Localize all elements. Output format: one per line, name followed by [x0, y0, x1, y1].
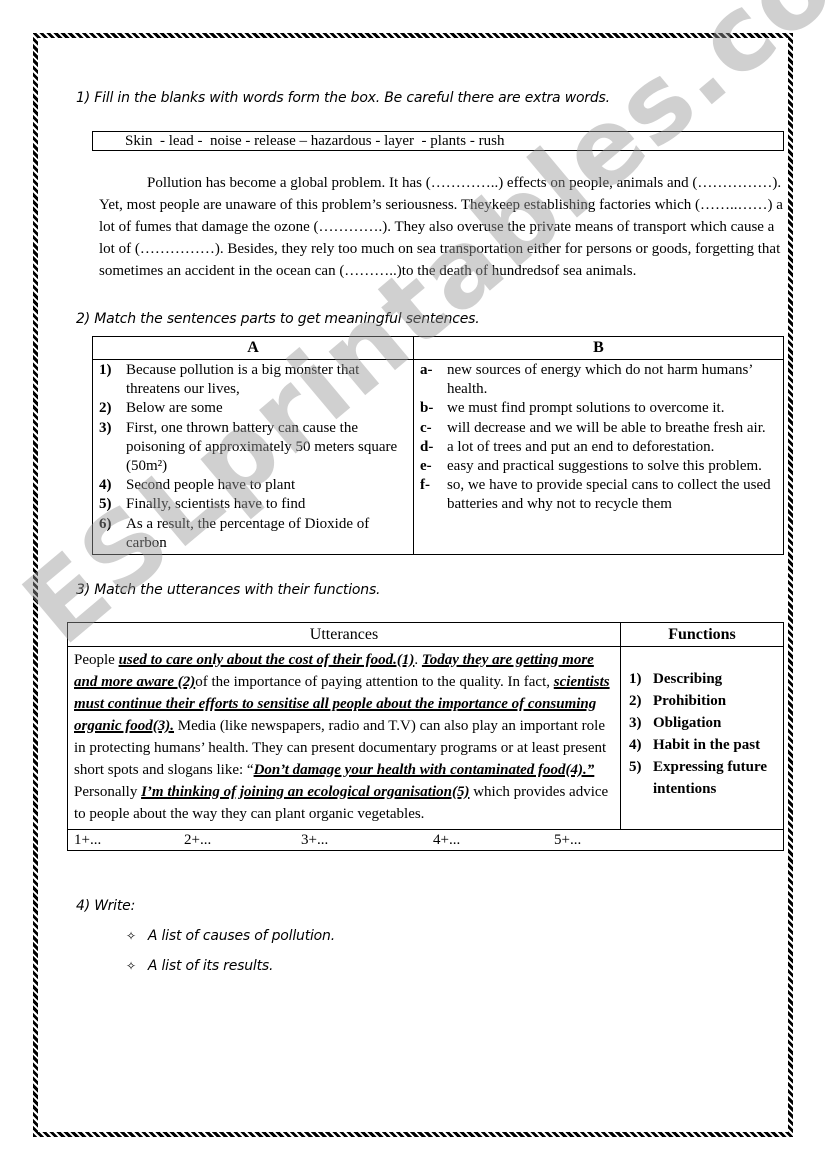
- diamond-bullet-icon: ✧: [126, 929, 136, 943]
- item-text: new sources of energy which do not harm …: [447, 361, 783, 399]
- function-number: 1): [629, 668, 653, 690]
- item-number: 5): [99, 495, 126, 514]
- functions-list: 1)Describing 2)Prohibition 3)Obligation …: [621, 647, 784, 830]
- section2-title: 2) Match the sentences parts to get mean…: [76, 311, 480, 327]
- function-item-1: 1)Describing: [629, 668, 783, 690]
- utterances-table: Utterances Functions People used to care…: [67, 622, 784, 851]
- list-item-a5: 5)Finally, scientists have to find: [99, 495, 413, 514]
- bullet-text: A list of causes of pollution.: [148, 928, 335, 944]
- function-text: Obligation: [653, 712, 721, 734]
- item-text: will decrease and we will be able to bre…: [447, 419, 766, 438]
- item-number: 4): [99, 476, 126, 495]
- text-part: Personally: [74, 784, 141, 800]
- utterance-4: Don’t damage your health with contaminat…: [254, 762, 595, 778]
- item-letter: e-: [420, 457, 447, 476]
- text-part: .: [414, 652, 422, 668]
- list-item-a3: 3)First, one thrown battery can cause th…: [99, 419, 413, 477]
- item-number: 6): [99, 515, 126, 553]
- list-item-b-e: e-easy and practical suggestions to solv…: [420, 457, 783, 476]
- function-item-4: 4)Habit in the past: [629, 734, 783, 756]
- function-number: 2): [629, 690, 653, 712]
- list-item-b-a: a-new sources of energy which do not har…: [420, 361, 783, 399]
- function-text: Expressing future intentions: [653, 756, 783, 800]
- column-a-header: A: [93, 337, 414, 360]
- utterances-text: People used to care only about the cost …: [68, 647, 621, 830]
- function-text: Prohibition: [653, 690, 726, 712]
- item-text: a lot of trees and put an end to defores…: [447, 438, 714, 457]
- function-number: 5): [629, 756, 653, 800]
- list-item-a6: 6)As a result, the percentage of Dioxide…: [99, 515, 413, 553]
- list-item-a1: 1)Because pollution is a big monster tha…: [99, 361, 413, 399]
- item-text: easy and practical suggestions to solve …: [447, 457, 762, 476]
- list-item-b-b: b-we must find prompt solutions to overc…: [420, 399, 783, 418]
- answer-5[interactable]: 5+...: [554, 830, 581, 850]
- function-text: Habit in the past: [653, 734, 760, 756]
- item-text: Because pollution is a big monster that …: [126, 361, 413, 399]
- item-letter: d-: [420, 438, 447, 457]
- item-letter: c-: [420, 419, 447, 438]
- utterances-header: Utterances: [68, 623, 621, 647]
- item-text: we must find prompt solutions to overcom…: [447, 399, 724, 418]
- bullet-text: A list of its results.: [148, 958, 273, 974]
- fill-in-passage: Pollution has become a global problem. I…: [99, 172, 783, 282]
- answer-1[interactable]: 1+...: [74, 830, 184, 850]
- item-number: 3): [99, 419, 126, 477]
- column-b-header: B: [414, 337, 784, 360]
- answer-3[interactable]: 3+...: [301, 830, 433, 850]
- item-text: Finally, scientists have to find: [126, 495, 305, 514]
- matching-table: A B 1)Because pollution is a big monster…: [92, 336, 784, 555]
- function-number: 3): [629, 712, 653, 734]
- list-item-b-d: d-a lot of trees and put an end to defor…: [420, 438, 783, 457]
- utterance-1: used to care only about the cost of thei…: [119, 652, 415, 668]
- item-letter: b-: [420, 399, 447, 418]
- function-item-3: 3)Obligation: [629, 712, 783, 734]
- item-text: so, we have to provide special cans to c…: [447, 476, 783, 514]
- item-number: 1): [99, 361, 126, 399]
- item-text: Below are some: [126, 399, 223, 418]
- item-text: First, one thrown battery can cause the …: [126, 419, 413, 477]
- list-item-a2: 2)Below are some: [99, 399, 413, 418]
- item-letter: f-: [420, 476, 447, 514]
- utterance-5: I’m thinking of joining an ecological or…: [141, 784, 469, 800]
- item-letter: a-: [420, 361, 447, 399]
- section3-title: 3) Match the utterances with their funct…: [76, 582, 380, 598]
- item-number: 2): [99, 399, 126, 418]
- item-text: Second people have to plant: [126, 476, 295, 495]
- list-item-a4: 4)Second people have to plant: [99, 476, 413, 495]
- word-box: Skin - lead - noise - release – hazardou…: [92, 131, 784, 151]
- bullet-item-1: ✧A list of causes of pollution.: [126, 928, 335, 944]
- item-text: As a result, the percentage of Dioxide o…: [126, 515, 413, 553]
- function-item-5: 5)Expressing future intentions: [629, 756, 783, 800]
- answer-4[interactable]: 4+...: [433, 830, 554, 850]
- bullet-item-2: ✧A list of its results.: [126, 958, 273, 974]
- answer-row: 1+...2+...3+...4+...5+...: [68, 830, 784, 851]
- text-part: of the importance of paying attention to…: [195, 674, 554, 690]
- function-number: 4): [629, 734, 653, 756]
- column-a-list: 1)Because pollution is a big monster tha…: [93, 360, 414, 555]
- section1-title: 1) Fill in the blanks with words form th…: [76, 90, 610, 106]
- function-text: Describing: [653, 668, 722, 690]
- function-item-2: 2)Prohibition: [629, 690, 783, 712]
- section4-title: 4) Write:: [76, 898, 135, 914]
- column-b-list: a-new sources of energy which do not har…: [414, 360, 784, 555]
- passage-text: Pollution has become a global problem. I…: [99, 175, 783, 279]
- diamond-bullet-icon: ✧: [126, 959, 136, 973]
- functions-header: Functions: [621, 623, 784, 647]
- text-part: People: [74, 652, 119, 668]
- list-item-b-c: c-will decrease and we will be able to b…: [420, 419, 783, 438]
- answer-2[interactable]: 2+...: [184, 830, 301, 850]
- list-item-b-f: f-so, we have to provide special cans to…: [420, 476, 783, 514]
